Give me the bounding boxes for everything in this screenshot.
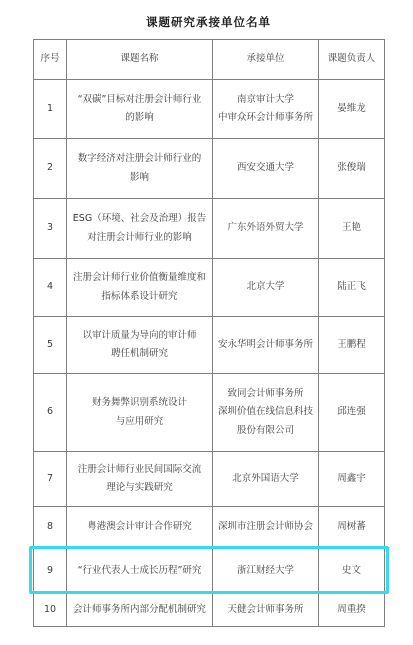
table-row: 3 ESG（环境、社会及治理）报告 对注册会计师行业的影响 广东外语外贸大学 王… [34,199,385,259]
header-cell-no: 序号 [34,40,67,80]
cell-topic: “双碳”目标对注册会计师行业 的影响 [67,80,213,139]
table-row: 10 会计师事务所内部分配机制研究 天健会计师事务所 周重揆 [34,594,385,627]
table-row: 8 粤港澳会计审计合作研究 深圳市注册会计师协会 周树蕃 [34,507,385,549]
cell-no: 7 [34,452,67,507]
header-cell-leader: 课题负责人 [319,40,385,80]
cell-unit: 浙江财经大学 [213,549,319,594]
cell-topic: “行业代表人士成长历程”研究 [67,549,213,594]
cell-unit: 北京外国语大学 [213,452,319,507]
cell-no: 9 [34,549,67,594]
cell-unit: 安永华明会计师事务所 [213,317,319,374]
cell-unit: 致同会计师事务所 深圳价值在线信息科技 股份有限公司 [213,374,319,452]
cell-topic: 以审计质量为导向的审计师 聘任机制研究 [67,317,213,374]
cell-topic: 数字经济对注册会计师行业的 影响 [67,139,213,199]
cell-leader: 周树蕃 [319,507,385,549]
cell-leader: 王鹏程 [319,317,385,374]
cell-topic: ESG（环境、社会及治理）报告 对注册会计师行业的影响 [67,199,213,259]
page-title: 课题研究承接单位名单 [33,14,384,30]
cell-unit: 南京审计大学 中审众环会计师事务所 [213,80,319,139]
cell-unit: 西安交通大学 [213,139,319,199]
table-row: 4 注册会计师行业价值衡量维度和 指标体系设计研究 北京大学 陆正飞 [34,259,385,317]
cell-topic: 注册会计师行业价值衡量维度和 指标体系设计研究 [67,259,213,317]
cell-topic: 粤港澳会计审计合作研究 [67,507,213,549]
cell-leader: 邱连强 [319,374,385,452]
table-row: 2 数字经济对注册会计师行业的 影响 西安交通大学 张俊瑞 [34,139,385,199]
cell-leader: 史文 [319,549,385,594]
cell-topic: 会计师事务所内部分配机制研究 [67,594,213,627]
header-cell-unit: 承接单位 [213,40,319,80]
cell-no: 8 [34,507,67,549]
cell-unit: 广东外语外贸大学 [213,199,319,259]
cell-leader: 张俊瑞 [319,139,385,199]
cell-no: 4 [34,259,67,317]
table-row: 6 财务舞弊识别系统设计 与应用研究 致同会计师事务所 深圳价值在线信息科技 股… [34,374,385,452]
cell-leader: 王艳 [319,199,385,259]
cell-leader: 陆正飞 [319,259,385,317]
research-projects-table: 序号 课题名称 承接单位 课题负责人 1 “双碳”目标对注册会计师行业 的影响 … [33,39,385,627]
cell-leader: 周重揆 [319,594,385,627]
cell-unit: 天健会计师事务所 [213,594,319,627]
cell-no: 3 [34,199,67,259]
cell-unit: 深圳市注册会计师协会 [213,507,319,549]
table-header-row: 序号 课题名称 承接单位 课题负责人 [34,40,385,80]
header-cell-topic: 课题名称 [67,40,213,80]
cell-no: 5 [34,317,67,374]
table-row: 5 以审计质量为导向的审计师 聘任机制研究 安永华明会计师事务所 王鹏程 [34,317,385,374]
cell-topic: 财务舞弊识别系统设计 与应用研究 [67,374,213,452]
cell-no: 6 [34,374,67,452]
cell-unit: 北京大学 [213,259,319,317]
cell-no: 1 [34,80,67,139]
table-row: 1 “双碳”目标对注册会计师行业 的影响 南京审计大学 中审众环会计师事务所 晏… [34,80,385,139]
table-row: 7 注册会计师行业民间国际交流 理论与实践研究 北京外国语大学 周鑫宇 [34,452,385,507]
cell-leader: 晏维龙 [319,80,385,139]
cell-no: 2 [34,139,67,199]
cell-topic: 注册会计师行业民间国际交流 理论与实践研究 [67,452,213,507]
cell-no: 10 [34,594,67,627]
cell-leader: 周鑫宇 [319,452,385,507]
table-row-highlighted: 9 “行业代表人士成长历程”研究 浙江财经大学 史文 [34,549,385,594]
